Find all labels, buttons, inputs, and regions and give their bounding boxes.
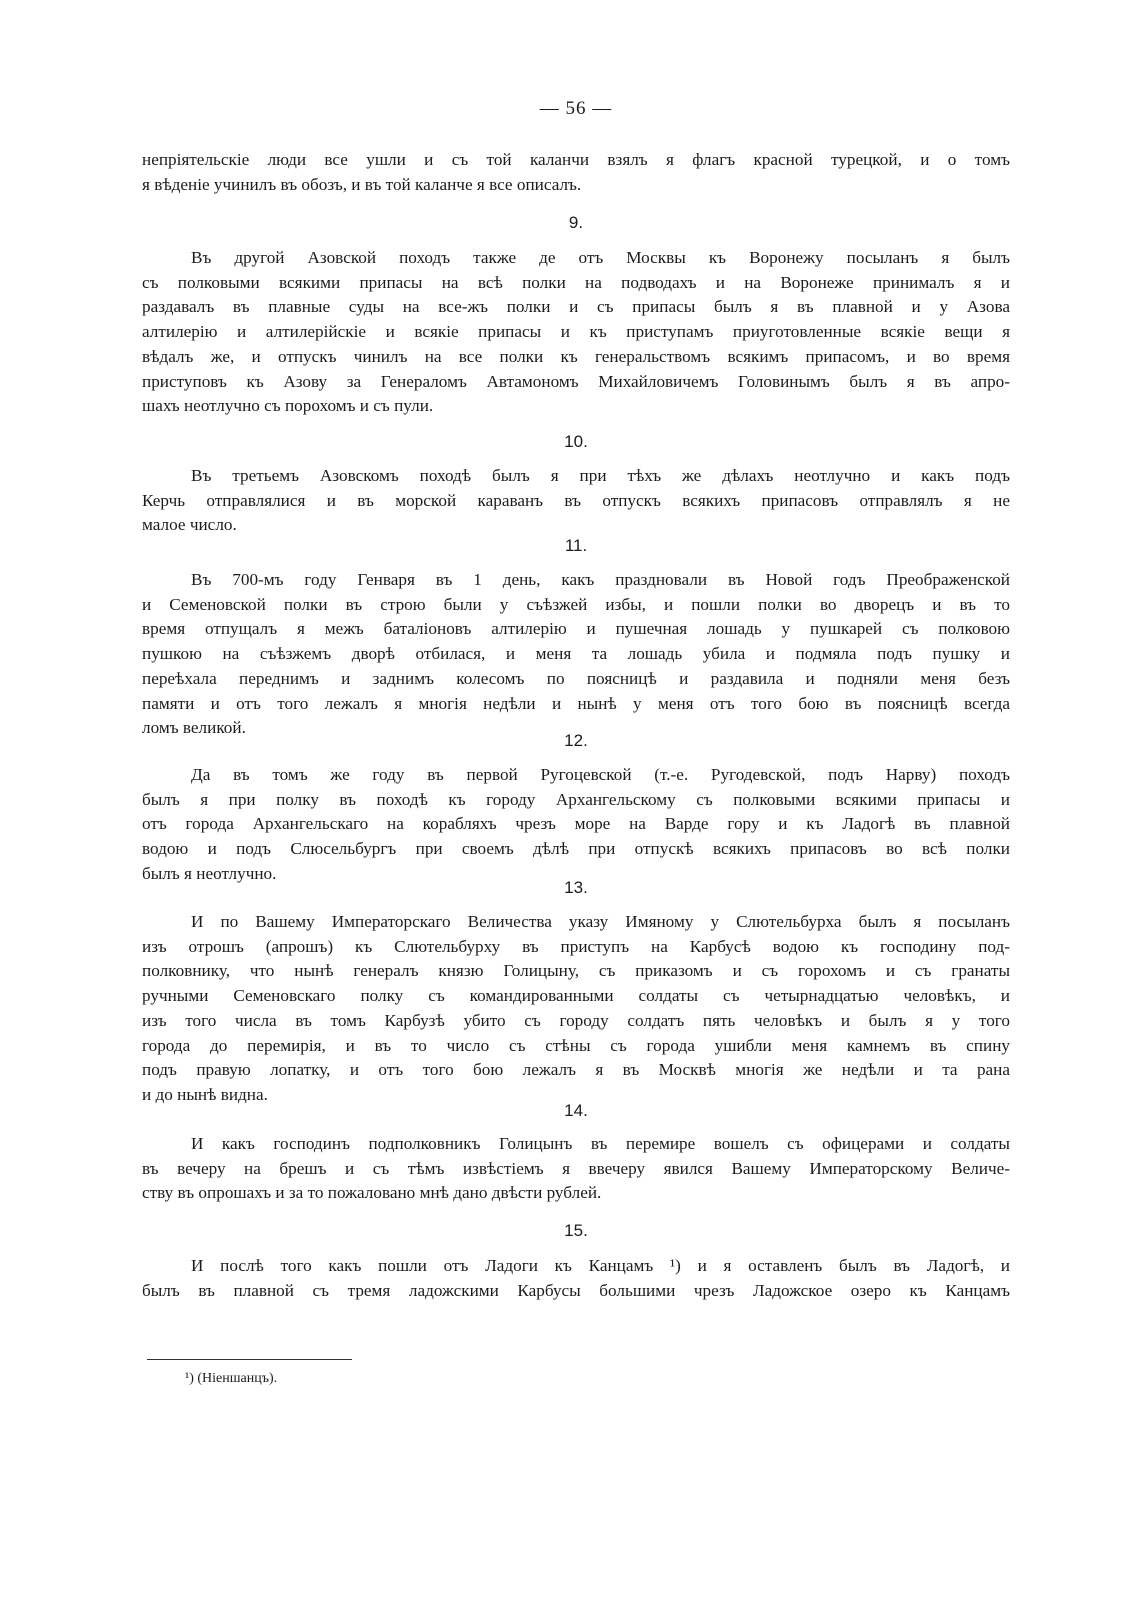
paragraph-line: И какъ господинъ подполковникъ Голицынъ … bbox=[142, 1131, 1010, 1156]
paragraph-line: малое число. bbox=[142, 512, 1010, 537]
paragraph-line: полковнику, что нынѣ генералъ князю Голи… bbox=[142, 958, 1010, 983]
paragraph-line: алтилерію и алтилерійскіе и всякіе припа… bbox=[142, 319, 1010, 344]
paragraph-line: вѣдалъ же, и отпускъ чинилъ на все полки… bbox=[142, 344, 1010, 369]
paragraph-line: ручными Семеновскаго полку съ командиров… bbox=[142, 983, 1010, 1008]
paragraph-line: я вѣденіе учинилъ въ обозъ, и въ той кал… bbox=[142, 172, 1010, 197]
paragraph-line: водою и подъ Слюсельбургъ при своемъ дѣл… bbox=[142, 836, 1010, 861]
footnote-divider bbox=[147, 1359, 352, 1360]
paragraph-line: былъ въ плавной съ тремя ладожскими Карб… bbox=[142, 1278, 1010, 1303]
paragraph-line: и Семеновской полки въ строю были у съѣз… bbox=[142, 592, 1010, 617]
paragraph-line: города до перемирія, и въ то число съ ст… bbox=[142, 1033, 1010, 1058]
paragraph-line: Да въ томъ же году въ первой Ругоцевской… bbox=[142, 762, 1010, 787]
paragraph-line: И послѣ того какъ пошли отъ Ладоги къ Ка… bbox=[142, 1253, 1010, 1278]
paragraph-line: приступовъ къ Азову за Генераломъ Автамо… bbox=[142, 369, 1010, 394]
paragraph-line: съ полковыми всякими припасы на всѣ полк… bbox=[142, 270, 1010, 295]
paragraph-line: шахъ неотлучно съ порохомъ и съ пули. bbox=[142, 393, 1010, 418]
footnote: ¹) (Ніеншанцъ). bbox=[185, 1371, 277, 1387]
paragraph-line: отъ города Архангельскаго на корабляхъ ч… bbox=[142, 811, 1010, 836]
paragraph-line: въ вечеру на брешъ и съ тѣмъ извѣстіемъ … bbox=[142, 1156, 1010, 1181]
paragraph-line: раздавалъ въ плавные суды на все-жъ полк… bbox=[142, 294, 1010, 319]
paragraph-line: былъ я при полку въ походѣ къ городу Арх… bbox=[142, 787, 1010, 812]
paragraph-line: Керчь отправлялися и въ морской караванъ… bbox=[142, 488, 1010, 513]
section-number: 15. bbox=[142, 1220, 1010, 1242]
section-number: 12. bbox=[142, 730, 1010, 752]
paragraph-line: Въ другой Азовской походъ также де отъ М… bbox=[142, 245, 1010, 270]
section-number: 13. bbox=[142, 877, 1010, 899]
paragraph-line: переѣхала переднимъ и заднимъ колесомъ п… bbox=[142, 666, 1010, 691]
page-number: — 56 — bbox=[142, 98, 1010, 120]
paragraph-line: И по Вашему Императорскаго Величества ук… bbox=[142, 909, 1010, 934]
section-number: 10. bbox=[142, 431, 1010, 453]
paragraph-line: непріятельскіе люди все ушли и съ той ка… bbox=[142, 147, 1010, 172]
paragraph-line: пушкою на съѣзжемъ дворѣ отбилася, и мен… bbox=[142, 641, 1010, 666]
section-number: 9. bbox=[142, 212, 1010, 234]
paragraph-line: памяти и отъ того лежалъ я многія недѣли… bbox=[142, 691, 1010, 716]
paragraph-line: изъ того числа въ томъ Карбузѣ убито съ … bbox=[142, 1008, 1010, 1033]
section-number: 11. bbox=[142, 535, 1010, 557]
paragraph-line: подъ правую лопатку, и отъ того бою лежа… bbox=[142, 1057, 1010, 1082]
section-number: 14. bbox=[142, 1100, 1010, 1122]
paragraph-line: ству въ опрошахъ и за то пожаловано мнѣ … bbox=[142, 1180, 1010, 1205]
paragraph-line: Въ третьемъ Азовскомъ походѣ былъ я при … bbox=[142, 463, 1010, 488]
paragraph-line: изъ отрошъ (апрошъ) къ Слютельбурху въ п… bbox=[142, 934, 1010, 959]
paragraph-line: Въ 700-мъ году Генваря въ 1 день, какъ п… bbox=[142, 567, 1010, 592]
paragraph-line: время отпущалъ я межъ баталіоновъ алтиле… bbox=[142, 616, 1010, 641]
